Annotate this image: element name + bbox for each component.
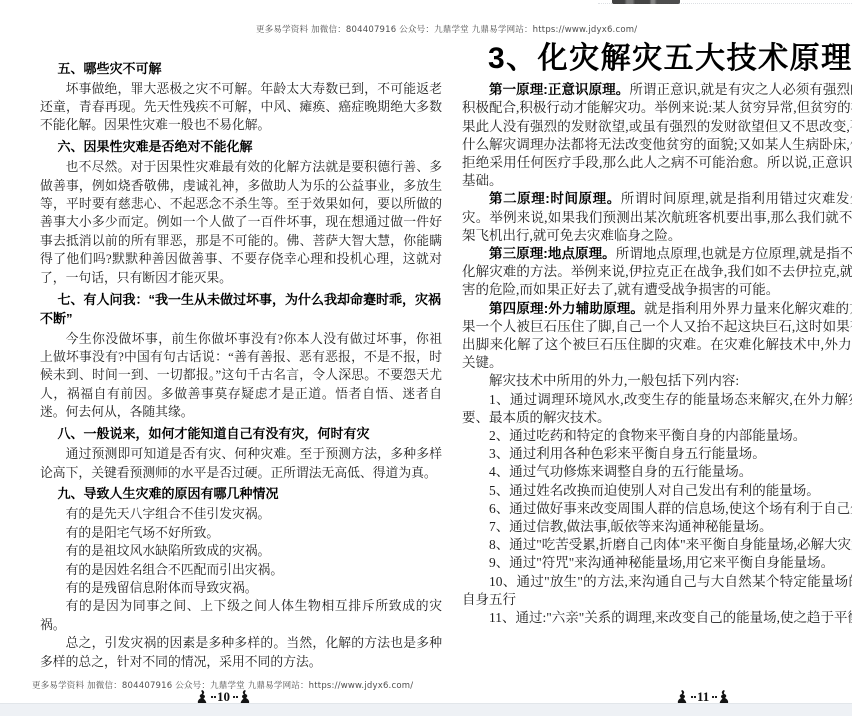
section-heading-6: 六、因果性灾难是否绝对不能化解 bbox=[40, 137, 442, 156]
external-force-item: 7、通过信教,做法事,皈依等来沟通神秘能量场。 bbox=[462, 518, 852, 536]
section-paragraph: 今生你没做坏事，前生你做坏事没有?你本人没有做过坏事，你祖上做坏事没有?中国有句… bbox=[40, 330, 442, 422]
external-force-item: 2、通过吃药和特定的食物来平衡自身的内部能量场。 bbox=[462, 427, 852, 445]
footer-dots bbox=[691, 696, 694, 698]
header-watermark: 更多易学资料 加微信：804407916 公众号：九鼎学堂 九鼎易学网站：htt… bbox=[256, 23, 637, 35]
footer-dots bbox=[712, 696, 715, 698]
cause-item: 有的是因姓名组合不匹配而引出灾祸。 bbox=[40, 561, 442, 579]
section-heading-8: 八、一般说来，如何才能知道自己有没有灾，何时有灾 bbox=[40, 424, 442, 443]
principle-lead: 第三原理:地点原理。 bbox=[489, 246, 616, 261]
external-force-item: 9、通过"符咒"来沟通神秘能量场,用它来平衡自身能量场。 bbox=[462, 554, 852, 572]
viewer-bottom-bar bbox=[0, 703, 852, 716]
principle-paragraph: 第三原理:地点原理。所谓地点原理,也就是方位原理,就是指不去灾难发生之地而化解灾… bbox=[462, 245, 852, 300]
principle-paragraph: 第四原理:外力辅助原理。就是指利用外界力量来化解灾难的方法。举例来说,如果一个人… bbox=[462, 300, 852, 373]
external-forces-intro: 解灾技术中所用的外力,一般包括下列内容: bbox=[462, 372, 852, 390]
principle-lead: 第二原理:时间原理。 bbox=[489, 191, 621, 206]
section-paragraph: 也不尽然。对于因果性灾难最有效的化解方法就是要积德行善、多做善事，例如烧香敬佛，… bbox=[40, 158, 442, 287]
right-page: 3、化灾解灾五大技术原理 第一原理:正意识原理。所谓正意识,就是有灾之人必须有强… bbox=[462, 50, 852, 627]
external-force-item: 6、通过做好事来改变周围人群的信息场,使这个场有利于自己生存。 bbox=[462, 500, 852, 518]
external-force-item: 8、通过"吃苦受累,折磨自己肉体"来平衡自身能量场,必解大灾大难。 bbox=[462, 536, 852, 554]
external-force-item: 3、通过利用各种色彩来平衡自身五行能量场。 bbox=[462, 445, 852, 463]
section-paragraph: 坏事做绝，罪大恶极之灾不可解。年龄太大寿数已到，不可能返老还童，青春再现。先天性… bbox=[40, 80, 442, 135]
top-edge-artifact bbox=[612, 0, 680, 4]
chapter-title: 3、化灾解灾五大技术原理 bbox=[488, 50, 852, 68]
section-heading-7: 七、有人问我：“我一生从未做过坏事，为什么我却命蹇时乖，灾祸不断” bbox=[40, 290, 442, 328]
principle-lead: 第一原理:正意识原理。 bbox=[489, 82, 629, 97]
section-heading-5: 五、哪些灾不可解 bbox=[40, 59, 442, 78]
external-force-item: 11、通过:"六亲"关系的调理,来改变自己的能量场,使之趋于平衡。 bbox=[462, 609, 852, 627]
cause-item: 有的是祖坟风水缺陷所致成的灾祸。 bbox=[40, 542, 442, 560]
principle-paragraph: 第二原理:时间原理。所谓时间原理,就是指利用错过灾难发生时刻的方法来解灾。举例来… bbox=[462, 190, 852, 245]
cause-item: 有的是因为同事之间、上下级之间人体生物相互排斥所致成的灾祸。 bbox=[40, 597, 442, 634]
cause-item: 有的是阳宅气场不好所致。 bbox=[40, 524, 442, 542]
external-force-item: 5、通过姓名改换而迫使别人对自己发出有利的能量场。 bbox=[462, 482, 852, 500]
principle-lead: 第四原理:外力辅助原理。 bbox=[489, 301, 644, 316]
cause-item: 有的是先天八字组合不佳引发灾祸。 bbox=[40, 505, 442, 523]
principle-paragraph: 第一原理:正意识原理。所谓正意识,就是有灾之人必须有强烈的解灾意识,必须要积极配… bbox=[462, 81, 852, 190]
footer-dots bbox=[233, 696, 236, 698]
principle-text: 所谓正意识,就是有灾之人必须有强烈的解灾意识,必须要积极配合,积极行动才能解灾功… bbox=[462, 82, 852, 188]
external-force-item: 1、通过调理环境风水,改变生存的能量场态来解灾,在外力解灾技术中,这是最主要、最… bbox=[462, 391, 852, 427]
external-force-item: 10、通过"放生"的方法,来沟通自己与大自然某个特定能量场的联系,以利于平衡自身… bbox=[462, 573, 852, 609]
left-page: 五、哪些灾不可解 坏事做绝，罪大恶极之灾不可解。年龄太大寿数已到，不可能返老还童… bbox=[40, 56, 442, 671]
section-paragraph: 总之，引发灾祸的因素是多种多样的。当然，化解的方法也是多种多样的总之，针对不同的… bbox=[40, 634, 442, 671]
external-force-item: 4、通过气功修炼来调整自身的五行能量场。 bbox=[462, 463, 852, 481]
cause-item: 有的是残留信息附体而导致灾祸。 bbox=[40, 579, 442, 597]
section-heading-9: 九、导致人生灾难的原因有哪几种情况 bbox=[40, 484, 442, 503]
footer-dots bbox=[211, 696, 214, 698]
section-paragraph: 通过预测即可知道是否有灾、何种灾难。至于预测方法，多种多样论高下，关键看预测师的… bbox=[40, 445, 442, 482]
